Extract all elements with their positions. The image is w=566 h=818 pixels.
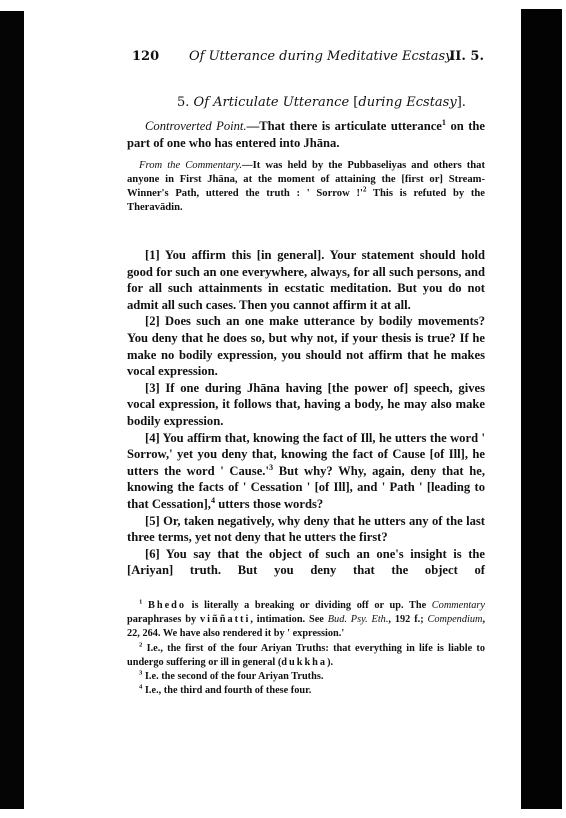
pali-term: dukkha — [281, 657, 327, 668]
running-title: Of Utterance during Meditative Ecstasy — [189, 49, 452, 64]
controverted-text: —That there is articulate utterance — [247, 119, 442, 133]
paragraph-3: [3] If one during Jhāna having [the powe… — [127, 380, 485, 430]
footnote-text: I.e., the third and fourth of these four… — [142, 685, 311, 696]
footnote-text: ). — [327, 657, 333, 668]
section-reference: II. 5. — [449, 49, 484, 64]
pali-term: viññatti — [200, 614, 250, 625]
section-title-bracketed: during Ecstasy — [358, 95, 456, 110]
footnote-text: , intimation. See — [250, 614, 327, 625]
scan-border-left-lower — [0, 300, 13, 809]
paragraph-text: [5] Or, taken negatively, why deny that … — [127, 514, 485, 545]
page-number: 120 — [132, 49, 159, 64]
footnote-italic: Bud. Psy. Eth. — [328, 614, 389, 625]
paragraph-4: [4] You affirm that, knowing the fact of… — [127, 430, 485, 513]
footnote-text: , 192 f.; — [388, 614, 427, 625]
pali-term: Bhedo — [148, 600, 186, 611]
section-number: 5. — [177, 95, 189, 110]
paragraph-text: utters those words? — [215, 497, 323, 511]
paragraph-5: [5] Or, taken negatively, why deny that … — [127, 513, 485, 546]
footnote-3: 3 I.e. the second of the four Ariyan Tru… — [127, 670, 485, 684]
bracket: ]. — [457, 95, 466, 110]
paragraph-text: [6] You say that the object of such an o… — [127, 547, 485, 578]
controverted-label: Controverted Point. — [145, 119, 247, 133]
controverted-point: Controverted Point.—That there is articu… — [127, 118, 485, 151]
commentary-note: From the Commentary.—It was held by the … — [127, 159, 485, 215]
commentary-label: From the Commentary. — [139, 160, 242, 171]
footnote-italic: Compendium — [428, 614, 483, 625]
footnote-2: 2 I.e., the first of the four Ariyan Tru… — [127, 642, 485, 670]
footnote-number: 1 — [139, 599, 142, 606]
footnote-1: 1 Bhedo is literally a breaking or divid… — [127, 599, 485, 642]
footnote-text: I.e. the second of the four Ariyan Truth… — [142, 671, 323, 682]
footnote-text: is literally a breaking or dividing off … — [186, 600, 432, 611]
paragraph-text: [1] You affirm this [in general]. Your s… — [127, 248, 485, 312]
scan-border-right — [521, 9, 562, 809]
section-title: 5. Of Articulate Utterance [during Ecsta… — [177, 95, 466, 110]
paragraph-2: [2] Does such an one make utterance by b… — [127, 313, 485, 379]
body-text: [1] You affirm this [in general]. Your s… — [127, 247, 485, 579]
section-title-main: Of Articulate Utterance — [194, 95, 350, 110]
paragraph-6: [6] You say that the object of such an o… — [127, 546, 485, 579]
footnote-text: paraphrases by — [127, 614, 200, 625]
running-head: 120 Of Utterance during Meditative Ecsta… — [132, 49, 484, 69]
paragraph-1: [1] You affirm this [in general]. Your s… — [127, 247, 485, 313]
footnote-italic: Commentary — [432, 600, 485, 611]
footnotes: 1 Bhedo is literally a breaking or divid… — [127, 599, 485, 698]
footnote-4: 4 I.e., the third and fourth of these fo… — [127, 684, 485, 698]
paragraph-text: [2] Does such an one make utterance by b… — [127, 314, 485, 378]
bracket: [ — [349, 95, 358, 110]
paragraph-text: [3] If one during Jhāna having [the powe… — [127, 381, 485, 428]
